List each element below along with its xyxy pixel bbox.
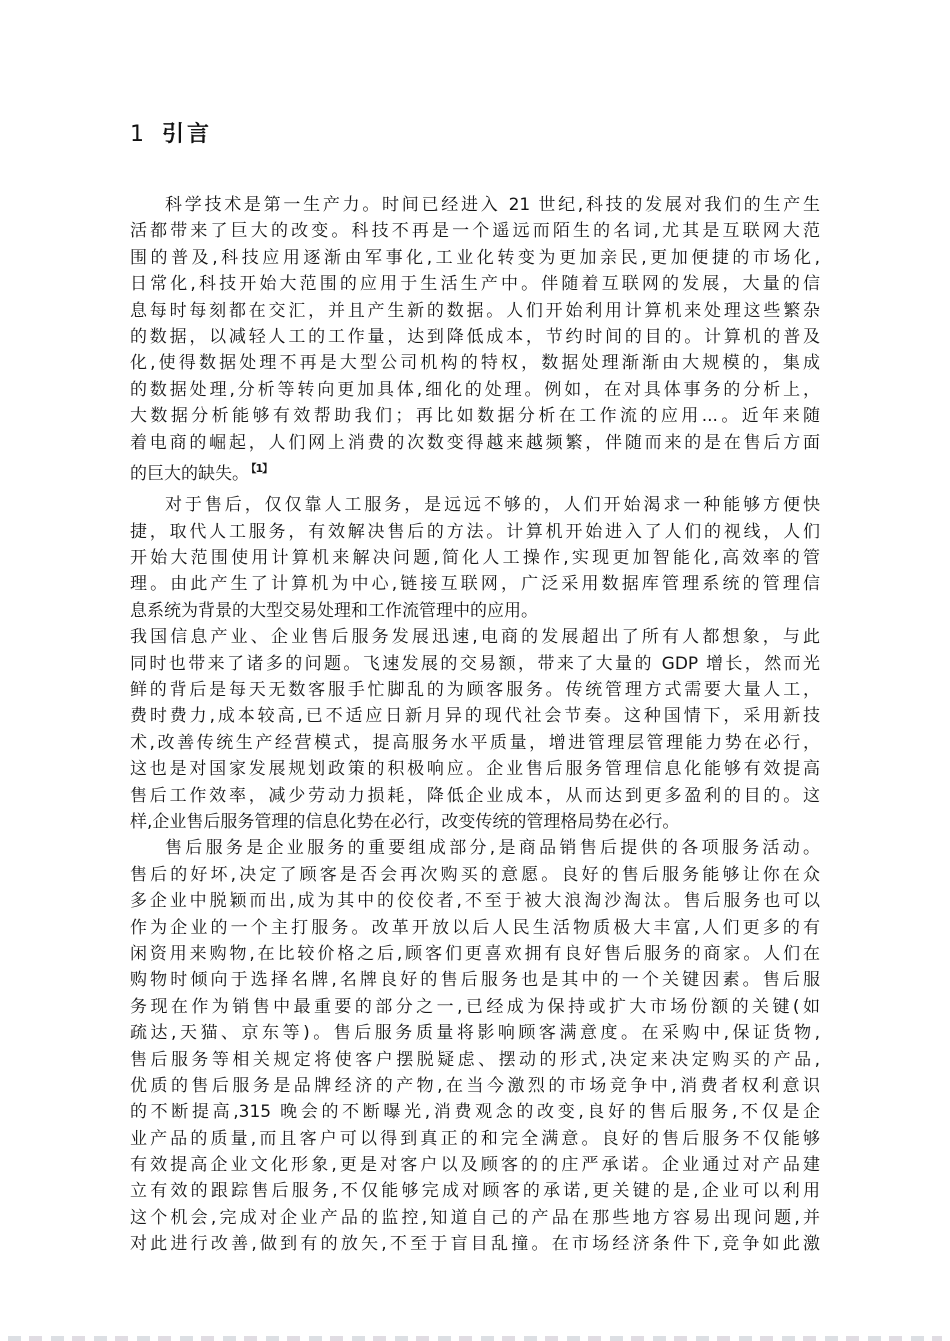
text-line: 对于售后，仅仅靠人工服务，是远远不够的，人们开始渴求一种能够方便快 [130, 492, 820, 518]
text-line: 作为企业的一个主打服务。改革开放以后人民生活物质极大丰富,人们更多的有 [130, 915, 820, 941]
text-line: 费时费力,成本较高,已不适应日新月异的现代社会节奏。这种国情下，采用新技 [130, 703, 820, 729]
text-line: 这个机会,完成对企业产品的监控,知道自己的产品在那些地方容易出现问题,并 [130, 1205, 820, 1231]
thesis-page: 1引言 科学技术是第一生产力。时间已经进入 21 世纪,科技的发展对我们的生产生… [0, 0, 950, 1341]
text-line: 开始大范围使用计算机来解决问题,简化人工操作,实现更加智能化,高效率的管 [130, 545, 820, 571]
text-line: 购物时倾向于选择名牌,名牌良好的售后服务也是其中的一个关键因素。售后服 [130, 967, 820, 993]
text-line: 活都带来了巨大的改变。科技不再是一个遥远而陌生的名词,尤其是互联网大范 [130, 218, 820, 244]
text-line: 的巨大的缺失。【1】 [130, 456, 820, 482]
text-line: 立有效的跟踪售后服务,不仅能够完成对顾客的承诺,更关键的是,企业可以利用 [130, 1178, 820, 1204]
text-line: 围的普及,科技应用逐渐由军事化,工业化转变为更加亲民,更加便捷的市场化, [130, 245, 820, 271]
text-line: 同时也带来了诸多的问题。飞速发展的交易额，带来了大量的 GDP 增长，然而光 [130, 651, 820, 677]
text-line: 捷，取代人工服务，有效解决售后的方法。计算机开始进入了人们的视线，人们 [130, 519, 820, 545]
text-line: 优质的售后服务是品牌经济的产物,在当今激烈的市场竞争中,消费者权利意识 [130, 1073, 820, 1099]
text-line: 务现在作为销售中最重要的部分之一,已经成为保持或扩大市场份额的关键(如 [130, 994, 820, 1020]
text-line: 化,使得数据处理不再是大型公司机构的特权，数据处理渐渐由大规模的，集成 [130, 350, 820, 376]
text-line: 样,企业售后服务管理的信息化势在必行，改变传统的管理格局势在必行。 [130, 809, 820, 835]
text-line: 售后工作效率，减少劳动力损耗，降低企业成本，从而达到更多盈利的目的。这 [130, 783, 820, 809]
text-line: 着电商的崛起，人们网上消费的次数变得越来越频繁，伴随而来的是在售后方面 [130, 430, 820, 456]
text-line: 鲜的背后是每天无数客服手忙脚乱的为顾客服务。传统管理方式需要大量人工， [130, 677, 820, 703]
section-heading: 1引言 [130, 121, 820, 149]
citation-marker: 【1】 [251, 462, 272, 475]
text-line: 售后的好坏,决定了顾客是否会再次购买的意愿。良好的售后服务能够让你在众 [130, 862, 820, 888]
paragraphs: 科学技术是第一生产力。时间已经进入 21 世纪,科技的发展对我们的生产生活都带来… [130, 192, 820, 1258]
text-line: 对此进行改善,做到有的放矢,不至于盲目乱撞。在市场经济条件下,竞争如此激 [130, 1231, 820, 1257]
text-column: 1引言 科学技术是第一生产力。时间已经进入 21 世纪,科技的发展对我们的生产生… [130, 121, 820, 1258]
text-line: 有效提高企业文化形象,更是对客户以及顾客的的庄严承诺。企业通过对产品建 [130, 1152, 820, 1178]
section-title: 引言 [162, 122, 212, 147]
text-line: 的数据处理,分析等转向更加具体,细化的处理。例如，在对具体事务的分析上， [130, 377, 820, 403]
text-line: 这也是对国家发展规划政策的积极响应。企业售后服务管理信息化能够有效提高 [130, 756, 820, 782]
section-number: 1 [130, 122, 145, 147]
paragraph-3: 我国信息产业、企业售后服务发展迅速,电商的发展超出了所有人都想象，与此同时也带来… [130, 624, 820, 835]
paragraph-2: 对于售后，仅仅靠人工服务，是远远不够的，人们开始渴求一种能够方便快捷，取代人工服… [130, 492, 820, 624]
paragraph-1: 科学技术是第一生产力。时间已经进入 21 世纪,科技的发展对我们的生产生活都带来… [130, 192, 820, 482]
text-line: 大数据分析能够有效帮助我们；再比如数据分析在工作流的应用...。近年来随 [130, 403, 820, 429]
text-line: 理。由此产生了计算机为中心,链接互联网，广泛采用数据库管理系统的管理信 [130, 571, 820, 597]
text-line: 的不断提高,315 晚会的不断曝光,消费观念的改变,良好的售后服务,不仅是企 [130, 1099, 820, 1125]
text-line: 售后服务等相关规定将使客户摆脱疑虑、摆动的形式,决定来决定购买的产品, [130, 1047, 820, 1073]
text-line: 我国信息产业、企业售后服务发展迅速,电商的发展超出了所有人都想象，与此 [130, 624, 820, 650]
text-line: 息每时每刻都在交汇，并且产生新的数据。人们开始利用计算机来处理这些繁杂 [130, 298, 820, 324]
text-line: 术,改善传统生产经营模式，提高服务水平质量，增进管理层管理能力势在必行， [130, 730, 820, 756]
text-line: 科学技术是第一生产力。时间已经进入 21 世纪,科技的发展对我们的生产生 [130, 192, 820, 218]
next-line-cutoff [8, 1336, 942, 1341]
text-line: 疏达,天猫、京东等)。售后服务质量将影响顾客满意度。在采购中,保证货物, [130, 1020, 820, 1046]
text-line: 日常化,科技开始大范围的应用于生活生产中。伴随着互联网的发展，大量的信 [130, 271, 820, 297]
text-line: 的数据，以减轻人工的工作量，达到降低成本，节约时间的目的。计算机的普及 [130, 324, 820, 350]
paragraph-4: 售后服务是企业服务的重要组成部分,是商品销售后提供的各项服务活动。售后的好坏,决… [130, 835, 820, 1257]
text-line: 闲资用来购物,在比较价格之后,顾客们更喜欢拥有良好售后服务的商家。人们在 [130, 941, 820, 967]
text-line: 多企业中脱颖而出,成为其中的佼佼者,不至于被大浪淘沙淘汰。售后服务也可以 [130, 888, 820, 914]
text-line: 售后服务是企业服务的重要组成部分,是商品销售后提供的各项服务活动。 [130, 835, 820, 861]
text-line: 息系统为背景的大型交易处理和工作流管理中的应用。 [130, 598, 820, 624]
text-line: 业产品的质量,而且客户可以得到真正的和完全满意。良好的售后服务不仅能够 [130, 1126, 820, 1152]
